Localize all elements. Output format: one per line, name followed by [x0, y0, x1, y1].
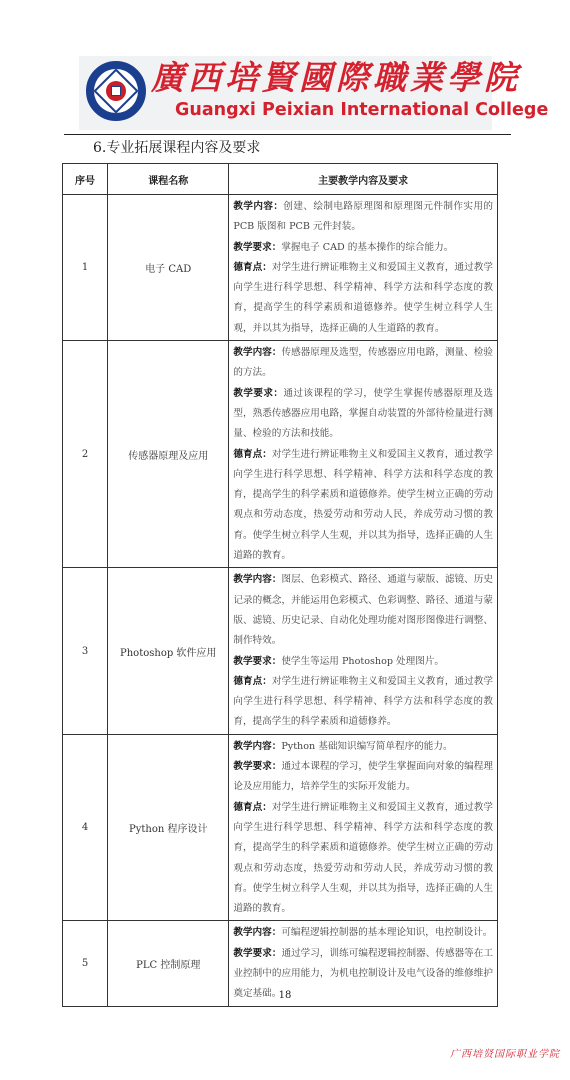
course-name: Python 程序设计: [108, 734, 229, 921]
column-header-course-name: 课程名称: [108, 164, 229, 195]
paragraph-label: 教学要求：: [233, 388, 283, 399]
paragraph-label: 德育点：: [233, 676, 271, 687]
paragraph-label: 教学要求：: [233, 242, 281, 253]
paragraph-label: 教学内容：: [233, 347, 281, 358]
column-header-number: 序号: [63, 164, 108, 195]
course-name: 传感器原理及应用: [108, 341, 229, 568]
course-table: 序号 课程名称 主要教学内容及要求 1 电子 CAD 教学内容：创建、绘制电路原…: [62, 163, 498, 1007]
content-paragraph: 教学内容：传感器原理及选型，传感器应用电路，测量、检验的方法。: [233, 343, 493, 384]
college-header-banner: 廣西培賢國際職業學院 Guangxi Peixian International…: [79, 56, 492, 130]
table-row: 2 传感器原理及应用 教学内容：传感器原理及选型，传感器应用电路，测量、检验的方…: [63, 341, 498, 568]
section-title: 6.专业拓展课程内容及要求: [93, 139, 260, 157]
content-paragraph: 教学内容：图层、色彩模式、路径、通道与蒙版、滤镜、历史记录的概念，并能运用色彩模…: [233, 570, 493, 651]
content-paragraph: 教学内容：Python 基础知识编写简单程序的能力。: [233, 737, 493, 757]
content-paragraph: 教学内容：可编程逻辑控制器的基本理论知识，电控制设计。: [233, 923, 493, 943]
content-paragraph: 教学要求：掌握电子 CAD 的基本操作的综合能力。: [233, 238, 493, 258]
course-content: 教学内容：创建、绘制电路原理图和原理图元件制作实用的 PCB 版图和 PCB 元…: [229, 195, 498, 341]
content-paragraph: 教学要求：通过本课程的学习，使学生掌握面向对象的编程理论及应用能力，培养学生的实…: [233, 757, 493, 798]
table-row: 3 Photoshop 软件应用 教学内容：图层、色彩模式、路径、通道与蒙版、滤…: [63, 568, 498, 734]
paragraph-label: 教学内容：: [233, 927, 281, 938]
row-number: 3: [63, 568, 108, 734]
row-number: 2: [63, 341, 108, 568]
content-paragraph: 德育点：对学生进行辨证唯物主义和爱国主义教育，通过教学向学生进行科学思想、科学精…: [233, 672, 493, 733]
college-emblem-icon: [86, 61, 146, 121]
college-name-cn: 廣西培賢國際職業學院: [151, 58, 521, 98]
footer-brand: 广西培贤国际职业学院: [450, 1045, 560, 1060]
book-icon: [111, 86, 121, 96]
row-number: 4: [63, 734, 108, 921]
paragraph-label: 教学内容：: [233, 574, 281, 585]
paragraph-label: 教学要求：: [233, 656, 281, 667]
course-name: 电子 CAD: [108, 195, 229, 341]
content-paragraph: 德育点：对学生进行辨证唯物主义和爱国主义教育，通过教学向学生进行科学思想、科学精…: [233, 258, 493, 339]
table-header-row: 序号 课程名称 主要教学内容及要求: [63, 164, 498, 195]
paragraph-label: 德育点：: [233, 449, 271, 460]
content-paragraph: 教学内容：创建、绘制电路原理图和原理图元件制作实用的 PCB 版图和 PCB 元…: [233, 197, 493, 238]
table-row: 1 电子 CAD 教学内容：创建、绘制电路原理图和原理图元件制作实用的 PCB …: [63, 195, 498, 341]
column-header-content: 主要教学内容及要求: [229, 164, 498, 195]
paragraph-text: 对学生进行辨证唯物主义和爱国主义教育，通过教学向学生进行科学思想、科学精神、科学…: [233, 449, 493, 561]
paragraph-label: 教学内容：: [233, 741, 281, 752]
paragraph-text: Python 基础知识编写简单程序的能力。: [281, 741, 452, 752]
paragraph-text: 对学生进行辨证唯物主义和爱国主义教育，通过教学向学生进行科学思想、科学精神、科学…: [233, 262, 493, 334]
paragraph-text: 使学生等运用 Photoshop 处理图片。: [281, 656, 444, 667]
course-content: 教学内容：Python 基础知识编写简单程序的能力。 教学要求：通过本课程的学习…: [229, 734, 498, 921]
content-paragraph: 教学要求：通过该课程的学习，使学生掌握传感器原理及选型，熟悉传感器应用电路，掌握…: [233, 384, 493, 445]
header-divider: [64, 134, 511, 135]
paragraph-text: 可编程逻辑控制器的基本理论知识，电控制设计。: [281, 927, 492, 938]
content-paragraph: 德育点：对学生进行辨证唯物主义和爱国主义教育，通过教学向学生进行科学思想、科学精…: [233, 798, 493, 920]
paragraph-label: 德育点：: [233, 262, 271, 273]
paragraph-text: 对学生进行辨证唯物主义和爱国主义教育，通过教学向学生进行科学思想、科学精神、科学…: [233, 676, 493, 728]
paragraph-label: 德育点：: [233, 802, 271, 813]
course-name: Photoshop 软件应用: [108, 568, 229, 734]
content-paragraph: 教学要求：使学生等运用 Photoshop 处理图片。: [233, 652, 493, 672]
paragraph-label: 教学要求：: [233, 761, 281, 772]
page-number: 18: [0, 990, 570, 1001]
row-number: 1: [63, 195, 108, 341]
paragraph-text: 对学生进行辨证唯物主义和爱国主义教育，通过教学向学生进行科学思想、科学精神、科学…: [233, 802, 493, 914]
table-row: 4 Python 程序设计 教学内容：Python 基础知识编写简单程序的能力。…: [63, 734, 498, 921]
paragraph-text: 掌握电子 CAD 的基本操作的综合能力。: [281, 242, 453, 253]
course-content: 教学内容：图层、色彩模式、路径、通道与蒙版、滤镜、历史记录的概念，并能运用色彩模…: [229, 568, 498, 734]
content-paragraph: 德育点：对学生进行辨证唯物主义和爱国主义教育，通过教学向学生进行科学思想、科学精…: [233, 445, 493, 567]
paragraph-label: 教学内容：: [233, 201, 283, 212]
college-name-en: Guangxi Peixian International College: [175, 98, 548, 122]
course-content: 教学内容：传感器原理及选型，传感器应用电路，测量、检验的方法。 教学要求：通过该…: [229, 341, 498, 568]
paragraph-label: 教学要求：: [233, 948, 281, 959]
